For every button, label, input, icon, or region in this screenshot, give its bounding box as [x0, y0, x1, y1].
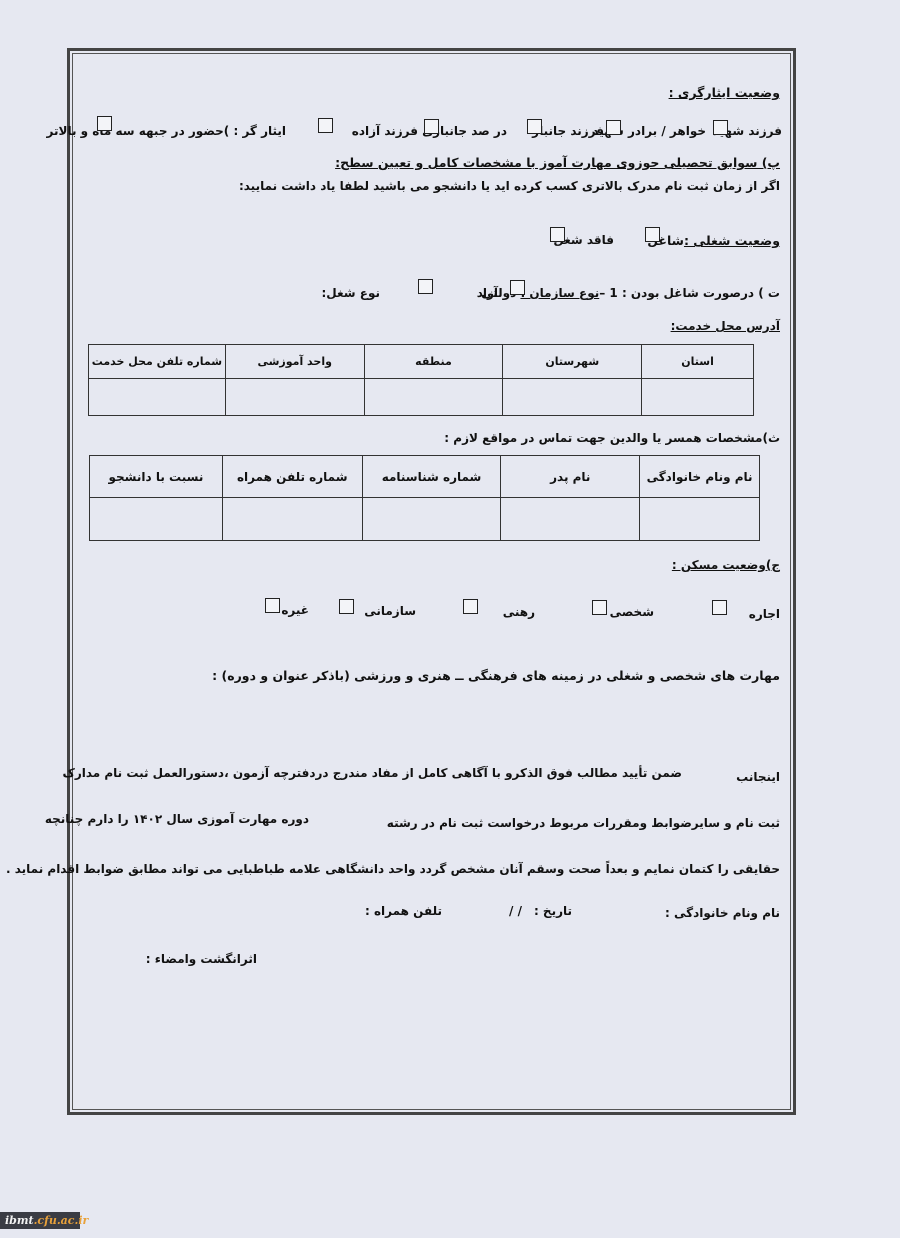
table-header-row: استان شهرستان منطقه واحد آموزشی شماره تل…	[89, 345, 754, 379]
housing-other-checkbox[interactable]	[265, 598, 280, 613]
workplace-title: آدرس محل خدمت:	[671, 318, 780, 334]
full-name-cell[interactable]	[640, 498, 760, 541]
org-type-row: ت ) درصورت شاغل بودن : 1 –نوع سازمان : د…	[481, 285, 780, 301]
employment-row: وضعیت شغلی :شاغل	[647, 233, 780, 249]
col-father-name: نام پدر	[501, 456, 640, 498]
employed-checkbox[interactable]	[645, 227, 660, 242]
declaration-line1: ضمن تأیید مطالب فوق الذکرو با آگاهی کامل…	[63, 765, 682, 781]
option-veteran-front-label: ایثار گر : )حضور در جبهه سه ماه و بالاتر	[47, 123, 286, 139]
province-cell[interactable]	[642, 379, 754, 416]
housing-personal-checkbox[interactable]	[592, 600, 607, 615]
disability-percent-checkbox[interactable]	[424, 119, 439, 134]
housing-personal-label: شخصی	[610, 604, 654, 620]
employment-title: وضعیت شغلی :	[684, 233, 780, 248]
housing-mortgage-checkbox[interactable]	[463, 599, 478, 614]
veteran-front-checkbox[interactable]	[97, 116, 112, 131]
fingerprint-signature-label: اثرانگشت وامضاء :	[146, 951, 257, 967]
option-veteran-child-label: فرزند جانباز	[532, 123, 604, 139]
col-relation: نسبت با دانشجو	[90, 456, 223, 498]
housing-mortgage-label: رهنی	[503, 604, 535, 620]
col-mobile: شماره تلفن همراه	[222, 456, 362, 498]
table-row	[90, 498, 760, 541]
martyr-child-checkbox[interactable]	[713, 120, 728, 135]
site-watermark: ibmt.cfu.ac.ir	[0, 1212, 80, 1229]
declaration-start: اینجانب	[736, 769, 780, 785]
col-full-name: نام ونام خانوادگی	[640, 456, 760, 498]
housing-rent-label: اجاره	[749, 606, 780, 622]
declaration-line3: حقایقی را کتمان نمایم و بعداً صحت وسقم آ…	[6, 861, 780, 877]
table-row	[89, 379, 754, 416]
col-region: منطقه	[364, 345, 503, 379]
housing-rent-checkbox[interactable]	[712, 600, 727, 615]
relation-cell[interactable]	[90, 498, 223, 541]
veteran-child-checkbox[interactable]	[527, 119, 542, 134]
declaration-line2-end: دوره مهارت آموزی سال ۱۴۰۲ را دارم چنانچه	[45, 811, 309, 827]
col-education-unit: واحد آموزشی	[225, 345, 364, 379]
mobile-cell[interactable]	[222, 498, 362, 541]
signature-phone-label: تلفن همراه :	[365, 903, 442, 919]
education-note: اگر از زمان ثبت نام مدرک بالاتری کسب کرد…	[239, 178, 780, 194]
org-type-prefix: ت ) درصورت شاغل بودن : 1 –	[599, 286, 780, 300]
signature-date-value[interactable]: / /	[509, 903, 522, 919]
watermark-part2: .cfu.ac.ir	[34, 1214, 89, 1227]
org-type-label: نوع سازمان :	[520, 286, 599, 300]
contacts-table: نام ونام خانوادگی نام پدر شماره شناسنامه…	[89, 455, 760, 541]
signature-date-label: تاریخ :	[534, 903, 572, 919]
declaration-line2-start: ثبت نام و سایرضوابط ومقررات مربوط درخواس…	[387, 815, 780, 831]
skills-title: مهارت های شخصی و شغلی در زمینه های فرهنگ…	[212, 668, 780, 684]
father-name-cell[interactable]	[501, 498, 640, 541]
col-city: شهرستان	[503, 345, 642, 379]
housing-organizational-checkbox[interactable]	[339, 599, 354, 614]
education-unit-cell[interactable]	[225, 379, 364, 416]
table-header-row: نام ونام خانوادگی نام پدر شماره شناسنامه…	[90, 456, 760, 498]
job-type-label: نوع شغل:	[322, 285, 381, 301]
sacrifice-status-title: وضعیت ایثارگری :	[669, 85, 780, 101]
option-freed-pow-child-label: فرزند آزاده	[352, 123, 418, 139]
government-checkbox[interactable]	[510, 280, 525, 295]
signature-name-label: نام ونام خانوادگی :	[665, 905, 780, 921]
education-title: پ) سوابق تحصیلی حوزوی مهارت آموز با مشخص…	[335, 155, 780, 171]
id-number-cell[interactable]	[362, 498, 501, 541]
col-province: استان	[642, 345, 754, 379]
housing-other-label: غیره	[281, 602, 309, 618]
watermark-part1: ibmt	[5, 1214, 34, 1227]
contacts-title: ث)مشخصات همسر یا والدین جهت تماس در مواق…	[444, 430, 780, 446]
private-checkbox[interactable]	[418, 279, 433, 294]
housing-organizational-label: سازمانی	[364, 603, 416, 619]
workplace-table: استان شهرستان منطقه واحد آموزشی شماره تل…	[88, 344, 754, 416]
housing-title: ج)وضعیت مسکن :	[672, 557, 780, 573]
city-cell[interactable]	[503, 379, 642, 416]
col-id-number: شماره شناسنامه	[362, 456, 501, 498]
unemployed-checkbox[interactable]	[550, 227, 565, 242]
col-work-phone: شماره تلفن محل خدمت	[89, 345, 226, 379]
freed-pow-child-checkbox[interactable]	[318, 118, 333, 133]
region-cell[interactable]	[364, 379, 503, 416]
private-label: آزاد	[477, 285, 498, 301]
martyr-sibling-checkbox[interactable]	[606, 120, 621, 135]
work-phone-cell[interactable]	[89, 379, 226, 416]
